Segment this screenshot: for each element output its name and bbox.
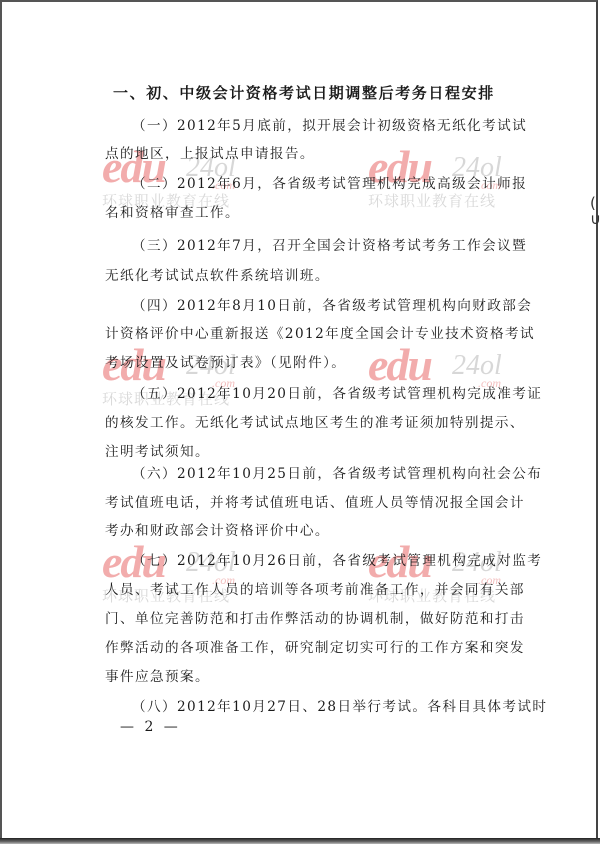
watermark-caption: 环球职业教育在线: [368, 190, 496, 211]
paragraph-line: 无纸化考试试点软件系统培训班。: [105, 264, 330, 284]
watermark-number: 24ol: [452, 350, 502, 382]
scan-edge-mark: ( ∪: [590, 195, 600, 227]
paragraph-line: 人员、考试工作人员的培训等各项考前准备工作，并会同有关部: [105, 578, 525, 598]
paragraph-line: 计资格评价中心重新报送《2012年度全国会计专业技术资格考试: [105, 322, 535, 342]
paragraph-line: （四）2012年8月10日前，各省级考试管理机构向财政部会: [132, 294, 532, 314]
page-number: — 2 —: [120, 719, 181, 735]
paragraph-line: 考场设置及试卷预订表》（见附件）。: [105, 351, 346, 371]
paragraph-line: 门、单位完善防范和打击作弊活动的协调机制，做好防范和打击: [105, 607, 525, 627]
paragraph-line: 事件应急预案。: [105, 665, 210, 685]
section-heading: 一、初、中级会计资格考试日期调整后考务日程安排: [113, 82, 495, 103]
paragraph-line: 的核发工作。无纸化考试试点地区考生的准考证须加特别提示、: [105, 411, 525, 431]
paragraph-line: （八）2012年10月27日、28日举行考试。各科目具体考试时: [132, 695, 547, 715]
paragraph-line: （一）2012年5月底前，拟开展会计初级资格无纸化考试试: [132, 114, 527, 134]
paragraph-line: （三）2012年7月，召开全国会计资格考试考务工作会议暨: [132, 234, 527, 254]
paragraph-line: （六）2012年10月25日前，各省级考试管理机构向社会公布: [132, 462, 542, 482]
document-page: edu 24ol .com 环球职业教育在线 edu 24ol .com 环球职…: [0, 0, 598, 838]
paragraph-line: 考办和财政部会计资格评价中心。: [105, 519, 330, 539]
paragraph-line: 名和资格审查工作。: [105, 201, 240, 221]
paragraph-line: （七）2012年10月26日前，各省级考试管理机构完成对监考: [132, 549, 542, 569]
paragraph-line: 注明考试须知。: [105, 440, 210, 460]
paragraph-line: 点的地区，上报试点申请报告。: [105, 142, 315, 162]
paragraph-line: 作弊活动的各项准备工作，研究制定切实可行的工作方案和突发: [105, 636, 525, 656]
paragraph-line: （五）2012年10月20日前，各省级考试管理机构完成准考证: [132, 382, 542, 402]
paragraph-line: 考试值班电话，并将考试值班电话、值班人员等情况报全国会计: [105, 491, 525, 511]
page-bottom-edge: [0, 838, 600, 844]
paragraph-line: （二）2012年6月，各省级考试管理机构完成高级会计师报: [132, 172, 527, 192]
